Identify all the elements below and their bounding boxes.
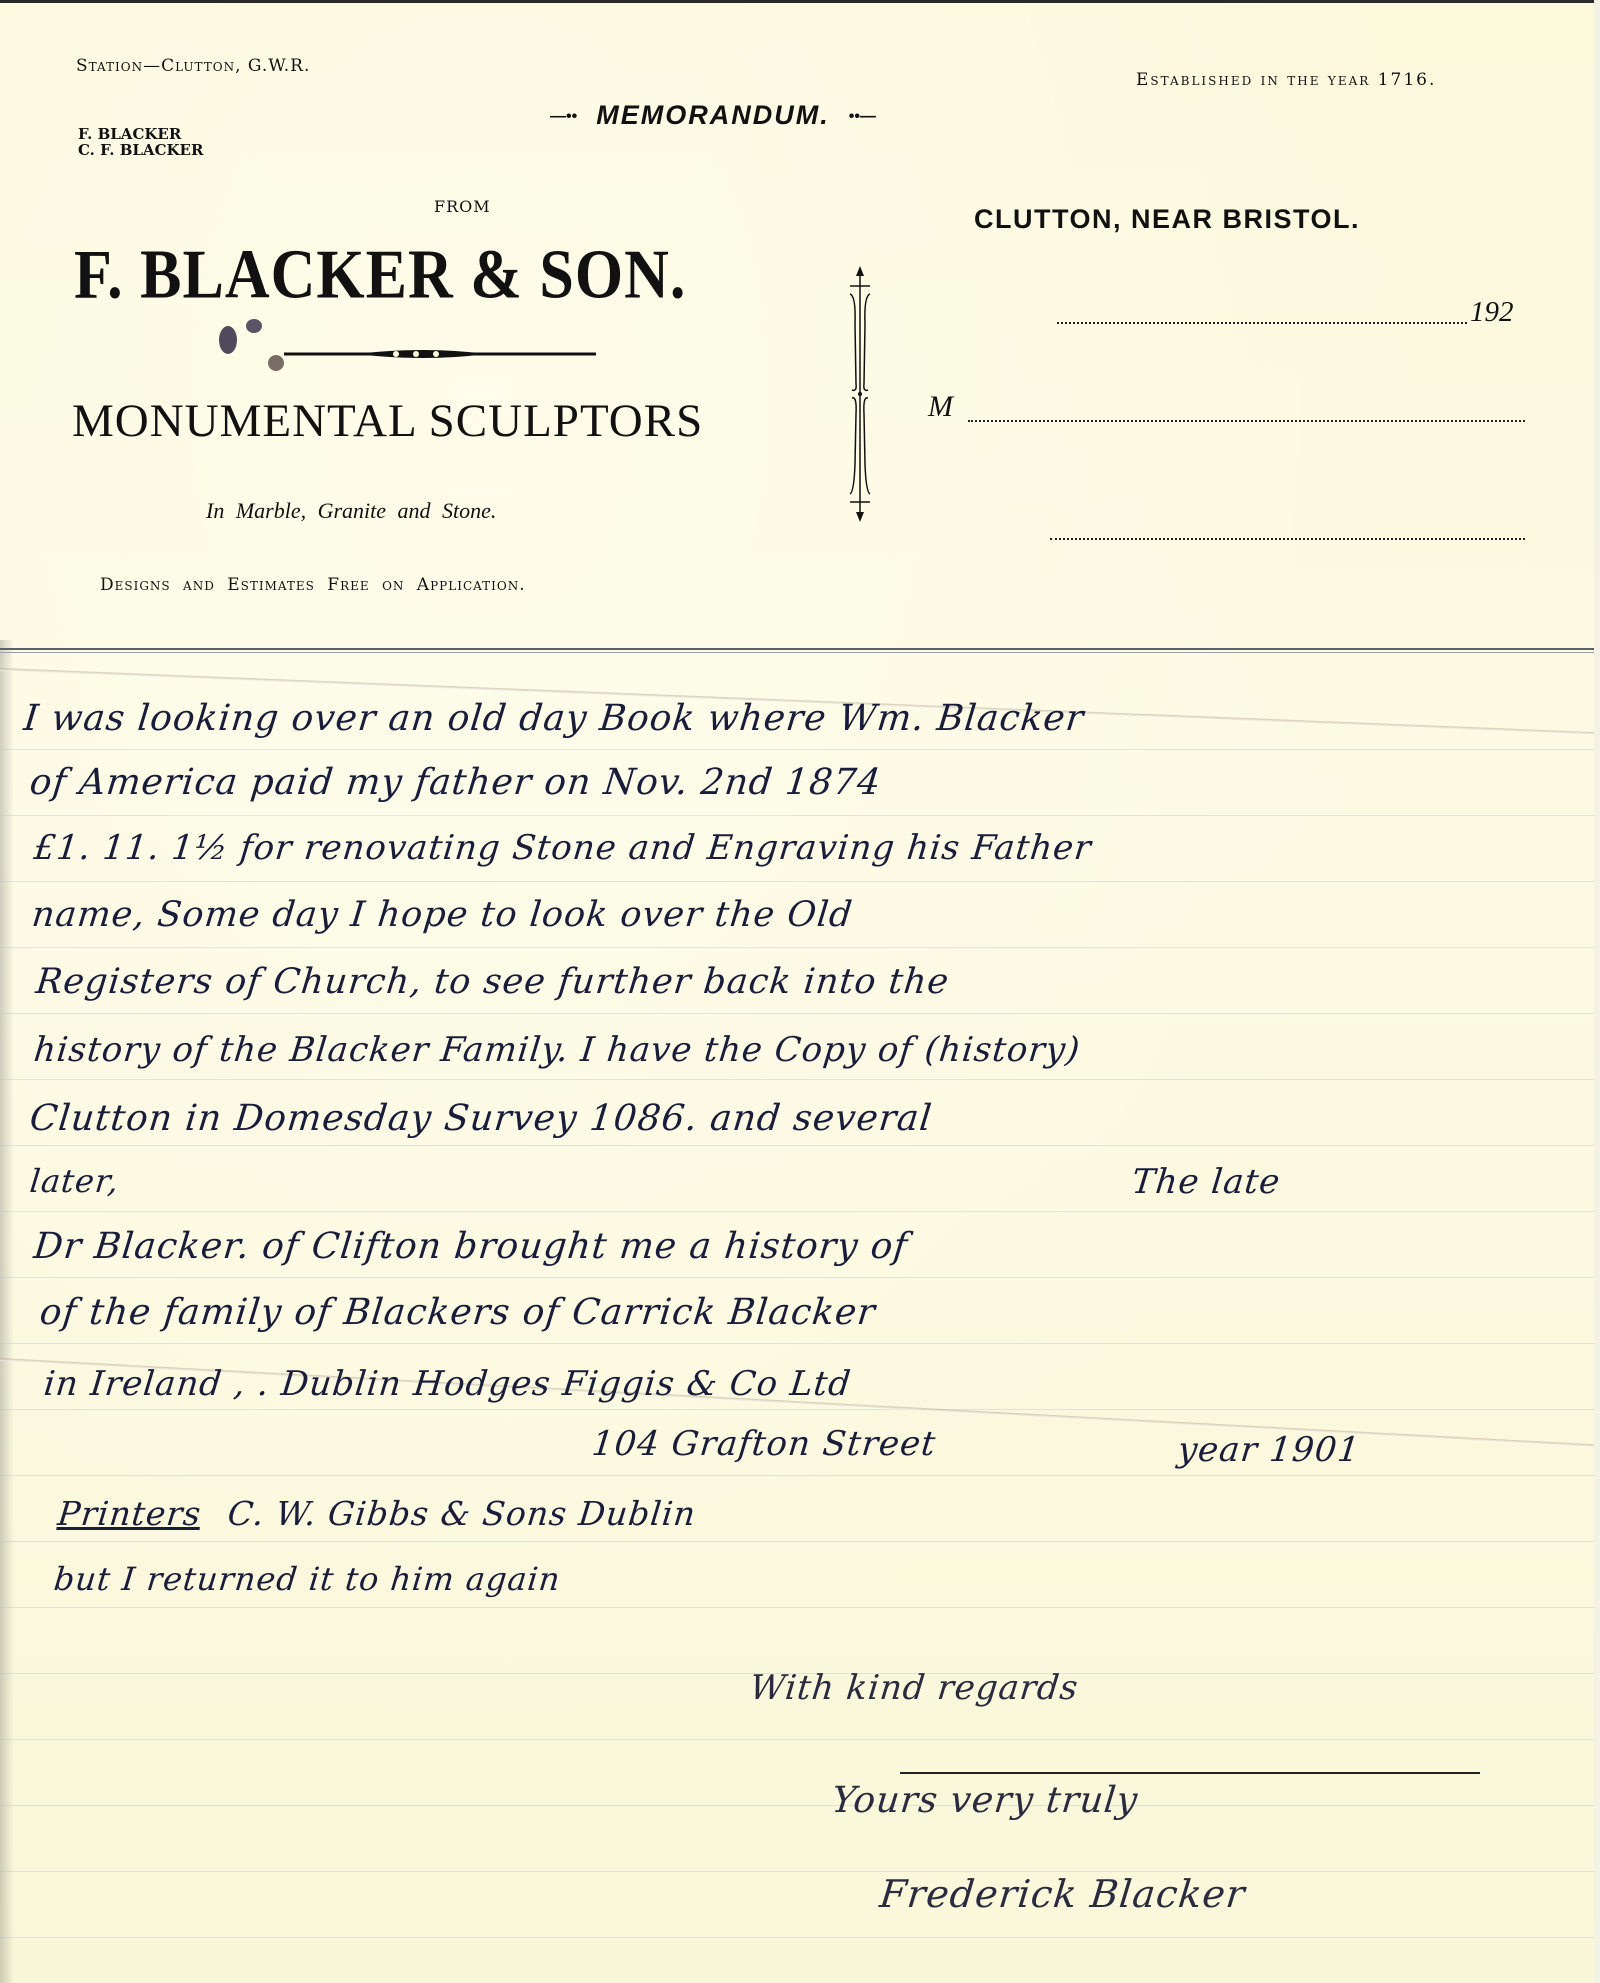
partner-name: C. F. BLACKER [78, 142, 203, 158]
signature: Frederick Blacker [878, 1872, 1248, 1916]
memo-ornament-left: —•• [550, 108, 577, 125]
letter-line: of America paid my father on Nov. 2nd 18… [28, 762, 883, 803]
from-label: FROM [434, 197, 491, 216]
letter-line: name, Some day I hope to look over the O… [30, 895, 855, 935]
letter-line: history of the Blacker Family. I have th… [32, 1030, 1082, 1070]
letter-line: Registers of Church, to see further back… [34, 962, 951, 1002]
town-address: CLUTTON, NEAR BRISTOL. [974, 204, 1360, 235]
letter-line-printers: Printers [56, 1494, 203, 1533]
letter-line: of the family of Blackers of Carrick Bla… [38, 1292, 878, 1333]
letter-line: The late [1130, 1162, 1283, 1202]
letter-line: later, [28, 1162, 121, 1200]
date-year-prefix: 192 [1470, 296, 1514, 329]
page-left-shadow [0, 640, 14, 1983]
materials-line: In Marble, Granite and Stone. [206, 498, 496, 524]
partner-name: F. BLACKER [78, 126, 203, 142]
ink-blot-and-flourish-icon [196, 316, 596, 376]
addressee-field-line [968, 420, 1525, 422]
page-right-edge [1594, 0, 1600, 1983]
partners-list: F. BLACKER C. F. BLACKER [78, 126, 203, 158]
letter-line: Dr Blacker. of Clifton brought me a hist… [32, 1226, 910, 1267]
signature-stroke [900, 1772, 1480, 1774]
established-line: Established in the year 1716. [1136, 70, 1436, 90]
address-field-line [1050, 538, 1525, 540]
trade-title: MONUMENTAL SCULPTORS [72, 394, 703, 448]
vertical-divider-ornament-icon [840, 264, 880, 524]
page-top-edge [0, 0, 1600, 3]
letter-line: £1. 11. 1½ for renovating Stone and Engr… [32, 828, 1094, 868]
letter-line: C. W. Gibbs & Sons Dublin [226, 1494, 698, 1533]
firm-name: F. BLACKER & SON. [74, 236, 686, 316]
letter-line: 104 Grafton Street [590, 1424, 938, 1464]
letterhead-divider-rule-2 [0, 652, 1600, 653]
date-field-line [1057, 322, 1467, 324]
memo-title-text: MEMORANDUM. [596, 100, 829, 130]
letter-line: I was looking over an old day Book where… [22, 698, 1086, 739]
valediction-line: Yours very truly [830, 1780, 1140, 1821]
letter-line: but I returned it to him again [52, 1560, 563, 1598]
station-line: Station—Clutton, G.W.R. [76, 56, 310, 76]
designs-line: Designs and Estimates Free on Applicatio… [100, 575, 526, 595]
addressee-prefix: M [928, 390, 953, 424]
closing-line: With kind regards [748, 1668, 1081, 1708]
letter-line: in Ireland , . Dublin Hodges Figgis & Co… [42, 1364, 853, 1404]
letterhead-divider-rule [0, 648, 1600, 650]
memo-title: —•• MEMORANDUM. ••— [550, 100, 876, 131]
letter-line: Clutton in Domesday Survey 1086. and sev… [28, 1098, 934, 1139]
memo-ornament-right: ••— [849, 108, 876, 125]
letter-line: year 1901 [1176, 1430, 1362, 1470]
